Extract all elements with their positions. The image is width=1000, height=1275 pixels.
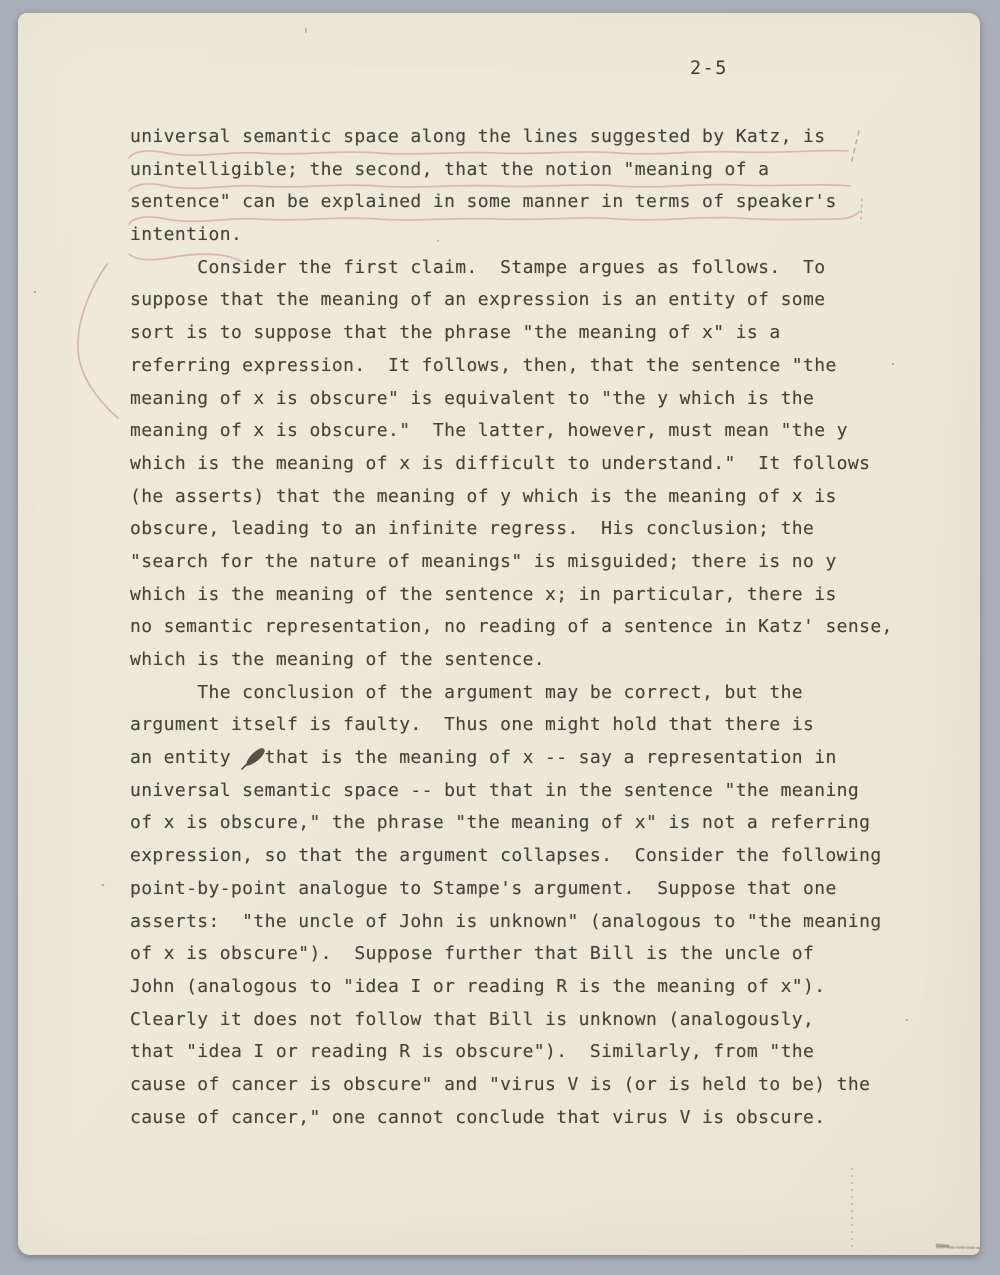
- text-line: point-by-point analogue to Stampe's argu…: [130, 873, 893, 906]
- text-line: which is the meaning of the sentence x; …: [130, 579, 893, 612]
- text-line: cause of cancer is obscure" and "virus V…: [130, 1069, 893, 1102]
- text-line: Clearly it does not follow that Bill is …: [130, 1004, 893, 1037]
- text-line: universal semantic space -- but that in …: [130, 775, 893, 808]
- text-line: asserts: "the uncle of John is unknown" …: [130, 906, 893, 939]
- text-line: of x is obscure," the phrase "the meanin…: [130, 807, 893, 840]
- scanned-page: 2-5 universal semantic space along the l…: [18, 13, 980, 1255]
- text-line: meaning of x is obscure." The latter, ho…: [130, 415, 893, 448]
- bottom-edge-smudge: [937, 1245, 980, 1248]
- typewritten-text: universal semantic space along the lines…: [130, 121, 893, 1134]
- text-line: "search for the nature of meanings" is m…: [130, 546, 893, 579]
- text-line: sentence" can be explained in some manne…: [130, 186, 893, 219]
- text-line: expression, so that the argument collaps…: [130, 840, 893, 873]
- text-line: universal semantic space along the lines…: [130, 121, 893, 154]
- text-line: cause of cancer," one cannot conclude th…: [130, 1102, 893, 1135]
- text-line: unintelligible; the second, that the not…: [130, 154, 893, 187]
- text-line: which is the meaning of x is difficult t…: [130, 448, 893, 481]
- text-line: (he asserts) that the meaning of y which…: [130, 481, 893, 514]
- text-line: The conclusion of the argument may be co…: [130, 677, 893, 710]
- text-line: John (analogous to "idea I or reading R …: [130, 971, 893, 1004]
- text-line: intention.: [130, 219, 893, 252]
- text-line: Consider the first claim. Stampe argues …: [130, 252, 893, 285]
- text-line: obscure, leading to an infinite regress.…: [130, 513, 893, 546]
- text-line: suppose that the meaning of an expressio…: [130, 284, 893, 317]
- page-number: 2-5: [690, 58, 728, 79]
- text-line: an entity that is the meaning of x -- sa…: [130, 742, 893, 775]
- text-line: argument itself is faulty. Thus one migh…: [130, 709, 893, 742]
- text-line: which is the meaning of the sentence.: [130, 644, 893, 677]
- scan-background: { "colors": { "background": "#a9aeb7", "…: [0, 0, 1000, 1275]
- text-line: referring expression. It follows, then, …: [130, 350, 893, 383]
- margin-paren-mark: [78, 264, 118, 418]
- text-line: no semantic representation, no reading o…: [130, 611, 893, 644]
- text-line: meaning of x is obscure" is equivalent t…: [130, 383, 893, 416]
- text-line: sort is to suppose that the phrase "the …: [130, 317, 893, 350]
- text-line: that "idea I or reading R is obscure"). …: [130, 1036, 893, 1069]
- text-line: of x is obscure"). Suppose further that …: [130, 938, 893, 971]
